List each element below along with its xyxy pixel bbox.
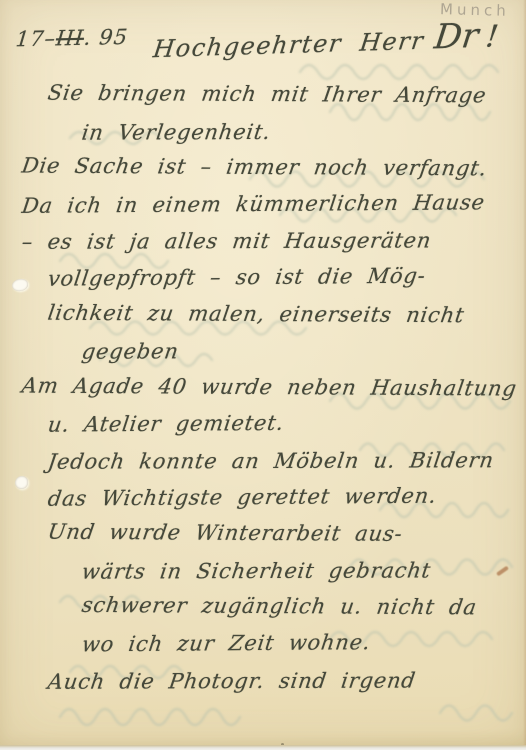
letter-line-text: in Verlegenheit. [80,120,272,145]
letter-line-text: lichkeit zu malen, einerseits nicht [46,301,466,328]
letter-line: gegeben [0,332,526,370]
letter-line: schwerer zugänglich u. nicht da [0,587,526,627]
date-dot: . [83,26,93,50]
letter-line: Die Sache ist – immer noch verfangt. [0,148,526,188]
date-year: 95 [98,25,129,50]
salutation-title: Dr [432,16,481,57]
letter-line: – es ist ja alles mit Hausgeräten [0,222,526,260]
letter-line: Jedoch konnte an Möbeln u. Bildern [0,442,526,480]
salutation-exclamation: ! [484,19,502,55]
letter-line: wärts in Sicherheit gebracht [0,552,526,590]
letter-line: Da ich in einem kümmerlichen Hause [0,184,526,225]
scan-edge-bottom [0,745,526,750]
letter-line-text: Die Sache ist – immer noch verfangt. [20,154,489,181]
letter-line: u. Atelier gemietet. [0,403,526,444]
letter-line: Am Agade 40 wurde neben Haushaltung [0,367,526,407]
letter-line-text: Jedoch konnte an Möbeln u. Bildern [46,448,495,474]
letter-line-text: das Wichtigste gerettet werden. [46,483,438,510]
letter-line-text: gegeben [80,340,180,364]
letter-line: Auch die Photogr. sind irgend [0,662,526,700]
letter-line-text: u. Atelier gemietet. [46,411,285,437]
letter-line: vollgepfropft – so ist die Mög- [0,257,526,298]
letter-line: in Verlegenheit. [0,113,526,151]
letter-date: 17–III. 95 [15,25,130,51]
date-month-roman: III [55,26,85,51]
letter-body: Sie bringen mich mit Ihrer Anfrage in Ve… [0,76,526,698]
letter-page: Munch 17–III. 95 Hochgeehrter HerrDr! Si… [0,0,526,750]
letter-line-text: Am Agade 40 wurde neben Haushaltung [20,374,518,401]
letter-line: lichkeit zu malen, einerseits nicht [0,294,526,334]
letter-line-text: Auch die Photogr. sind irgend [46,668,417,693]
letter-line-text: wo ich zur Zeit wohne. [80,630,372,656]
letter-line-text: schwerer zugänglich u. nicht da [80,594,478,620]
date-day: 17 [15,27,46,52]
letter-line: Sie bringen mich mit Ihrer Anfrage [0,74,526,114]
salutation-prefix: Hochgeehrter Herr [152,27,426,64]
letter-line-text: Und wurde Winterarbeit aus- [46,520,404,546]
letter-line-text: – es ist ja alles mit Hausgeräten [20,229,433,254]
letter-line-text: Sie bringen mich mit Ihrer Anfrage [46,81,488,108]
letter-line-text: vollgepfropft – so ist die Mög- [46,264,427,291]
letter-line: wo ich zur Zeit wohne. [0,623,526,664]
letter-line-text: wärts in Sicherheit gebracht [80,558,432,583]
letter-line: Und wurde Winterarbeit aus- [0,514,526,554]
letter-line-text: Da ich in einem kümmerlichen Hause [20,190,486,218]
letter-line: das Wichtigste gerettet werden. [0,476,526,517]
